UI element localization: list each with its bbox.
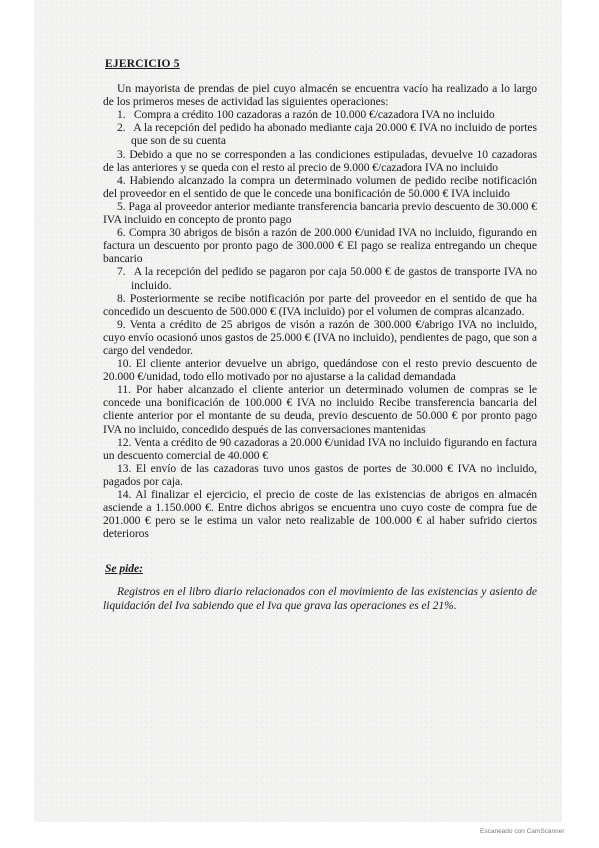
operation-item: 13. El envío de las cazadoras tuvo unos …: [103, 462, 537, 488]
operation-item: 7. A la recepción del pedido se pagaron …: [103, 265, 537, 291]
operation-item: 6. Compra 30 abrigos de bisón a razón de…: [103, 226, 537, 265]
operation-item: 10. El cliente anterior devuelve un abri…: [103, 357, 537, 383]
se-pide-heading: Se pide:: [105, 562, 537, 575]
operation-item: 12. Venta a crédito de 90 cazadoras a 20…: [103, 436, 537, 462]
operation-item: 3. Debido a que no se corresponden a las…: [103, 148, 537, 174]
scanned-page: EJERCICIO 5 Un mayorista de prendas de p…: [34, 0, 562, 822]
intro-paragraph: Un mayorista de prendas de piel cuyo alm…: [103, 82, 537, 108]
operation-item: 14. Al finalizar el ejercicio, el precio…: [103, 488, 537, 540]
operation-item: 4. Habiendo alcanzado la compra un deter…: [103, 174, 537, 200]
operation-item: 5. Paga al proveedor anterior mediante t…: [103, 200, 537, 226]
operation-item: 8. Posteriormente se recibe notificación…: [103, 292, 537, 318]
operation-item: 11. Por haber alcanzado el cliente anter…: [103, 383, 537, 435]
operation-item: 2. A la recepción del pedido ha abonado …: [103, 121, 537, 147]
scanner-watermark: Escaneado con CamScanner: [480, 828, 565, 835]
operation-item: 9. Venta a crédito de 25 abrigos de visó…: [103, 318, 537, 357]
exercise-title: EJERCICIO 5: [105, 58, 537, 71]
document-body: EJERCICIO 5 Un mayorista de prendas de p…: [103, 58, 537, 612]
se-pide-text: Registros en el libro diario relacionado…: [103, 585, 537, 611]
operation-item: 1. Compra a crédito 100 cazadoras a razó…: [103, 108, 537, 121]
